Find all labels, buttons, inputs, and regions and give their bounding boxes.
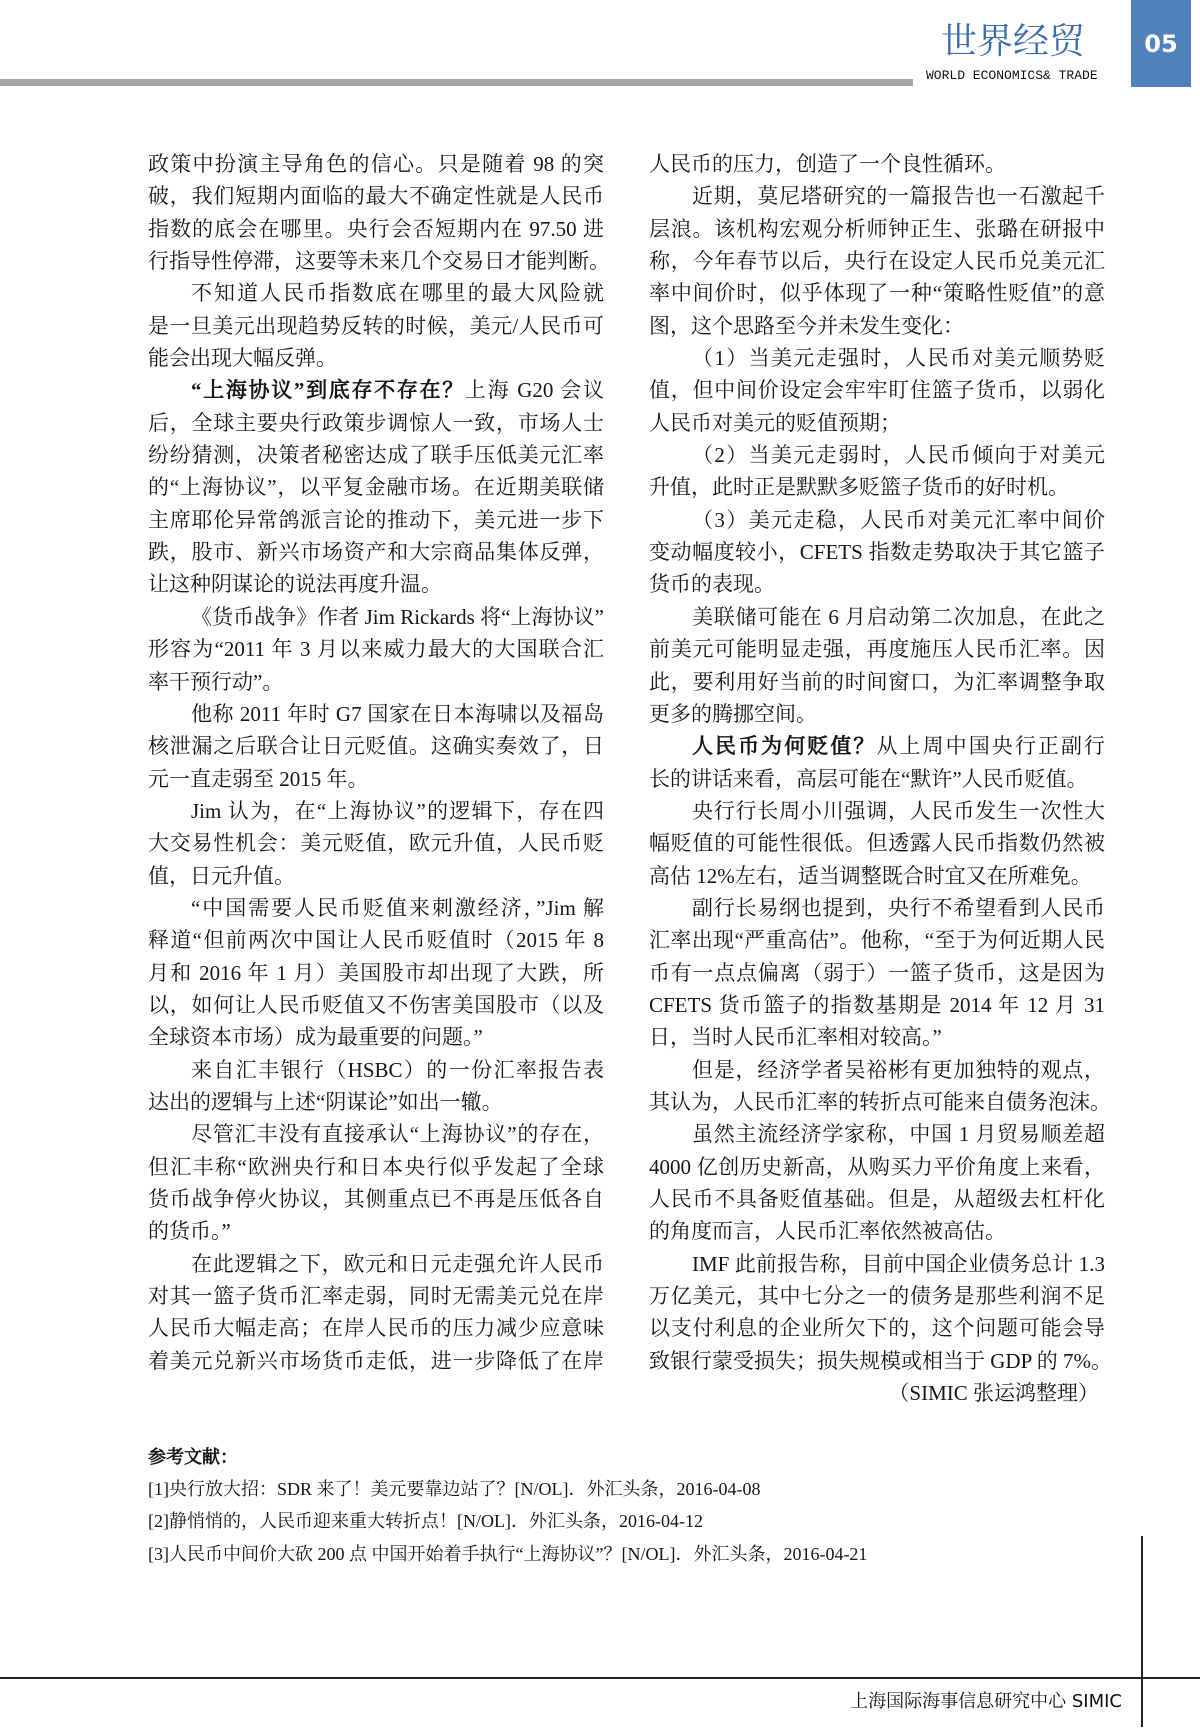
footer-divider (1141, 1536, 1143, 1727)
magazine-subtitle: WORLD ECONOMICS& TRADE (926, 68, 1098, 84)
magazine-title: 世界经贸 (941, 19, 1085, 65)
body-text-line: 货币战争停火协议，其侧重点已不再是压低各自 (148, 1183, 604, 1215)
body-text-line: 副行长易纲也提到，央行不希望看到人民币 (649, 892, 1105, 924)
body-text-line: 但是，经济学者吴裕彬有更加独特的观点， (649, 1054, 1105, 1086)
body-text-line: 4000 亿创历史新高，从购买力平价角度上来看， (649, 1151, 1105, 1183)
header-rule (0, 79, 913, 86)
body-text-line: 指数的底会在哪里。央行会否短期内在 97.50 进 (148, 213, 604, 245)
body-text-line: CFETS 货币篮子的指数基期是 2014 年 12 月 31 (649, 989, 1105, 1021)
body-text-line: “上海协议”到底存不存在？上海 G20 会议 (148, 374, 604, 406)
footer-rule (0, 1677, 1200, 1679)
page-number: 05 (1144, 29, 1177, 59)
body-text-line: 变动幅度较小，CFETS 指数走势取决于其它篮子 (649, 536, 1105, 568)
body-text-line: 跌，股市、新兴市场资产和大宗商品集体反弹， (148, 536, 604, 568)
body-text: 上海 G20 会议 (465, 378, 604, 402)
body-text-line: 在此逻辑之下，欧元和日元走强允许人民币 (148, 1248, 604, 1280)
body-text-line: 元一直走弱至 2015 年。 (148, 763, 604, 795)
body-text-line: 但汇丰称“欧洲央行和日本央行似乎发起了全球 (148, 1151, 604, 1183)
article-attribution: （SIMIC 张运鸿整理） (649, 1377, 1105, 1409)
body-text-line: 其认为，人民币汇率的转折点可能来自债务泡沫。 (649, 1086, 1105, 1118)
body-text-line: 图，这个思路至今并未发生变化： (649, 310, 1105, 342)
body-text-line: 前美元可能明显走强，再度施压人民币汇率。因 (649, 633, 1105, 665)
body-text-line: 来自汇丰银行（HSBC）的一份汇率报告表 (148, 1054, 604, 1086)
body-text-line: （3）美元走稳，人民币对美元汇率中间价 (649, 504, 1105, 536)
body-text-line: 尽管汇丰没有直接承认“上海协议”的存在， (148, 1118, 604, 1150)
reference-item: [1]央行放大招：SDR 来了！美元要靠边站了？[N/OL]．外汇头条，2016… (148, 1473, 1048, 1505)
body-text-line: “中国需要人民币贬值来刺激经济，”Jim 解 (148, 892, 604, 924)
body-text-line: 月和 2016 年 1 月）美国股市却出现了大跌，所 (148, 957, 604, 989)
body-text-line: 人民币为何贬值？从上周中国央行正副行 (649, 730, 1105, 762)
body-text-line: 率中间价时，似乎体现了一种“策略性贬值”的意 (649, 277, 1105, 309)
body-text-line: 达出的逻辑与上述“阴谋论”如出一辙。 (148, 1086, 604, 1118)
body-text-line: 层浪。该机构宏观分析师钟正生、张璐在研报中 (649, 213, 1105, 245)
references-section: 参考文献： [1]央行放大招：SDR 来了！美元要靠边站了？[N/OL]．外汇头… (148, 1441, 1048, 1570)
body-text-line: IMF 此前报告称，目前中国企业债务总计 1.3 (649, 1248, 1105, 1280)
body-text-line: 央行行长周小川强调，人民币发生一次性大 (649, 795, 1105, 827)
body-text-line: 幅贬值的可能性很低。但透露人民币指数仍然被 (649, 827, 1105, 859)
body-text-line: 形容为“2011 年 3 月以来威力最大的大国联合汇 (148, 633, 604, 665)
body-text-line: 他称 2011 年时 G7 国家在日本海啸以及福岛 (148, 698, 604, 730)
body-text-line: 以，如何让人民币贬值又不伤害美国股市（以及 (148, 989, 604, 1021)
body-text-line: 能会出现大幅反弹。 (148, 342, 604, 374)
body-text-line: 是一旦美元出现趋势反转的时候，美元/人民币可 (148, 310, 604, 342)
body-text-line: 不知道人民币指数底在哪里的最大风险就 (148, 277, 604, 309)
reference-item: [2]静悄悄的，人民币迎来重大转折点！[N/OL]．外汇头条，2016-04-1… (148, 1505, 1048, 1537)
body-text-line: 人民币大幅走高；在岸人民币的压力减少应意味 (148, 1312, 604, 1344)
references-heading: 参考文献： (148, 1441, 1048, 1473)
body-text-line: 称，今年春节以后，央行在设定人民币兑美元汇 (649, 245, 1105, 277)
body-text-line: 更多的腾挪空间。 (649, 698, 1105, 730)
body-text-line: 的角度而言，人民币汇率依然被高估。 (649, 1215, 1105, 1247)
body-text-line: 汇率出现“严重高估”。他称，“至于为何近期人民 (649, 924, 1105, 956)
right-column: 人民币的压力，创造了一个良性循环。 近期，莫尼塔研究的一篇报告也一石激起千 层浪… (649, 148, 1105, 1409)
body-text-line: 后，全球主要央行政策步调惊人一致，市场人士 (148, 407, 604, 439)
body-text-line: 币有一点点偏离（弱于）一篮子货币，这是因为 (649, 957, 1105, 989)
body-text-line: 破，我们短期内面临的最大不确定性就是人民币 (148, 180, 604, 212)
body-text-line: 着美元兑新兴市场货币走低，进一步降低了在岸 (148, 1345, 604, 1377)
body-text-line: 值，日元升值。 (148, 860, 604, 892)
reference-item: [3]人民币中间价大砍 200 点 中国开始着手执行“上海协议”？[N/OL]．… (148, 1538, 1048, 1570)
body-text-line: 货币的表现。 (649, 568, 1105, 600)
inline-section-heading: “上海协议”到底存不存在？ (191, 378, 465, 402)
body-text-line: 主席耶伦异常鸽派言论的推动下，美元进一步下 (148, 504, 604, 536)
body-text-line: 释道“但前两次中国让人民币贬值时（2015 年 8 (148, 924, 604, 956)
body-text-line: 长的讲话来看，高层可能在“默许”人民币贬值。 (649, 763, 1105, 795)
body-text-line: 虽然主流经济学家称，中国 1 月贸易顺差超 (649, 1118, 1105, 1150)
body-text-line: （1）当美元走强时，人民币对美元顺势贬 (649, 342, 1105, 374)
left-column: 政策中扮演主导角色的信心。只是随着 98 的突 破，我们短期内面临的最大不确定性… (148, 148, 604, 1377)
body-text-line: 核泄漏之后联合让日元贬值。这确实奏效了，日 (148, 730, 604, 762)
body-text-line: 高估 12%左右，适当调整既合时宜又在所难免。 (649, 860, 1105, 892)
footer-publisher: 上海国际海事信息研究中心 SIMIC (850, 1690, 1122, 1714)
body-text-line: 人民币的压力，创造了一个良性循环。 (649, 148, 1105, 180)
body-text-line: 值，但中间价设定会牢牢盯住篮子货币，以弱化 (649, 374, 1105, 406)
body-text-line: 人民币不具备贬值基础。但是，从超级去杠杆化 (649, 1183, 1105, 1215)
body-text-line: 的“上海协议”，以平复金融市场。在近期美联储 (148, 471, 604, 503)
body-text-line: 《货币战争》作者 Jim Rickards 将“上海协议” (148, 601, 604, 633)
body-text-line: 人民币对美元的贬值预期； (649, 407, 1105, 439)
body-text-line: 的货币。” (148, 1215, 604, 1247)
body-text-line: 此，要利用好当前的时间窗口，为汇率调整争取 (649, 666, 1105, 698)
body-text-line: 致银行蒙受损失；损失规模或相当于 GDP 的 7%。 (649, 1345, 1105, 1377)
body-text-line: 对其一篮子货币汇率走弱，同时无需美元兑在岸 (148, 1280, 604, 1312)
body-text-line: 率干预行动”。 (148, 666, 604, 698)
body-text-line: 让这种阴谋论的说法再度升温。 (148, 568, 604, 600)
inline-section-heading: 人民币为何贬值？ (692, 734, 876, 758)
body-text-line: 以支付利息的企业所欠下的，这个问题可能会导 (649, 1312, 1105, 1344)
body-text: 从上周中国央行正副行 (876, 734, 1105, 758)
body-text-line: Jim 认为，在“上海协议”的逻辑下，存在四 (148, 795, 604, 827)
body-text-line: 政策中扮演主导角色的信心。只是随着 98 的突 (148, 148, 604, 180)
body-text-line: 万亿美元，其中七分之一的债务是那些利润不足 (649, 1280, 1105, 1312)
body-text-line: 近期，莫尼塔研究的一篇报告也一石激起千 (649, 180, 1105, 212)
body-text-line: 行指导性停滞，这要等未来几个交易日才能判断。 (148, 245, 604, 277)
body-text-line: 纷纷猜测，决策者秘密达成了联手压低美元汇率 (148, 439, 604, 471)
body-text-line: 全球资本市场）成为最重要的问题。” (148, 1021, 604, 1053)
body-text-line: 美联储可能在 6 月启动第二次加息，在此之 (649, 601, 1105, 633)
body-text-line: 日，当时人民币汇率相对较高。” (649, 1021, 1105, 1053)
body-text-line: 大交易性机会：美元贬值，欧元升值，人民币贬 (148, 827, 604, 859)
body-text-line: （2）当美元走弱时，人民币倾向于对美元 (649, 439, 1105, 471)
body-text-line: 升值，此时正是默默多贬篮子货币的好时机。 (649, 471, 1105, 503)
page-number-box: 05 (1131, 0, 1191, 87)
